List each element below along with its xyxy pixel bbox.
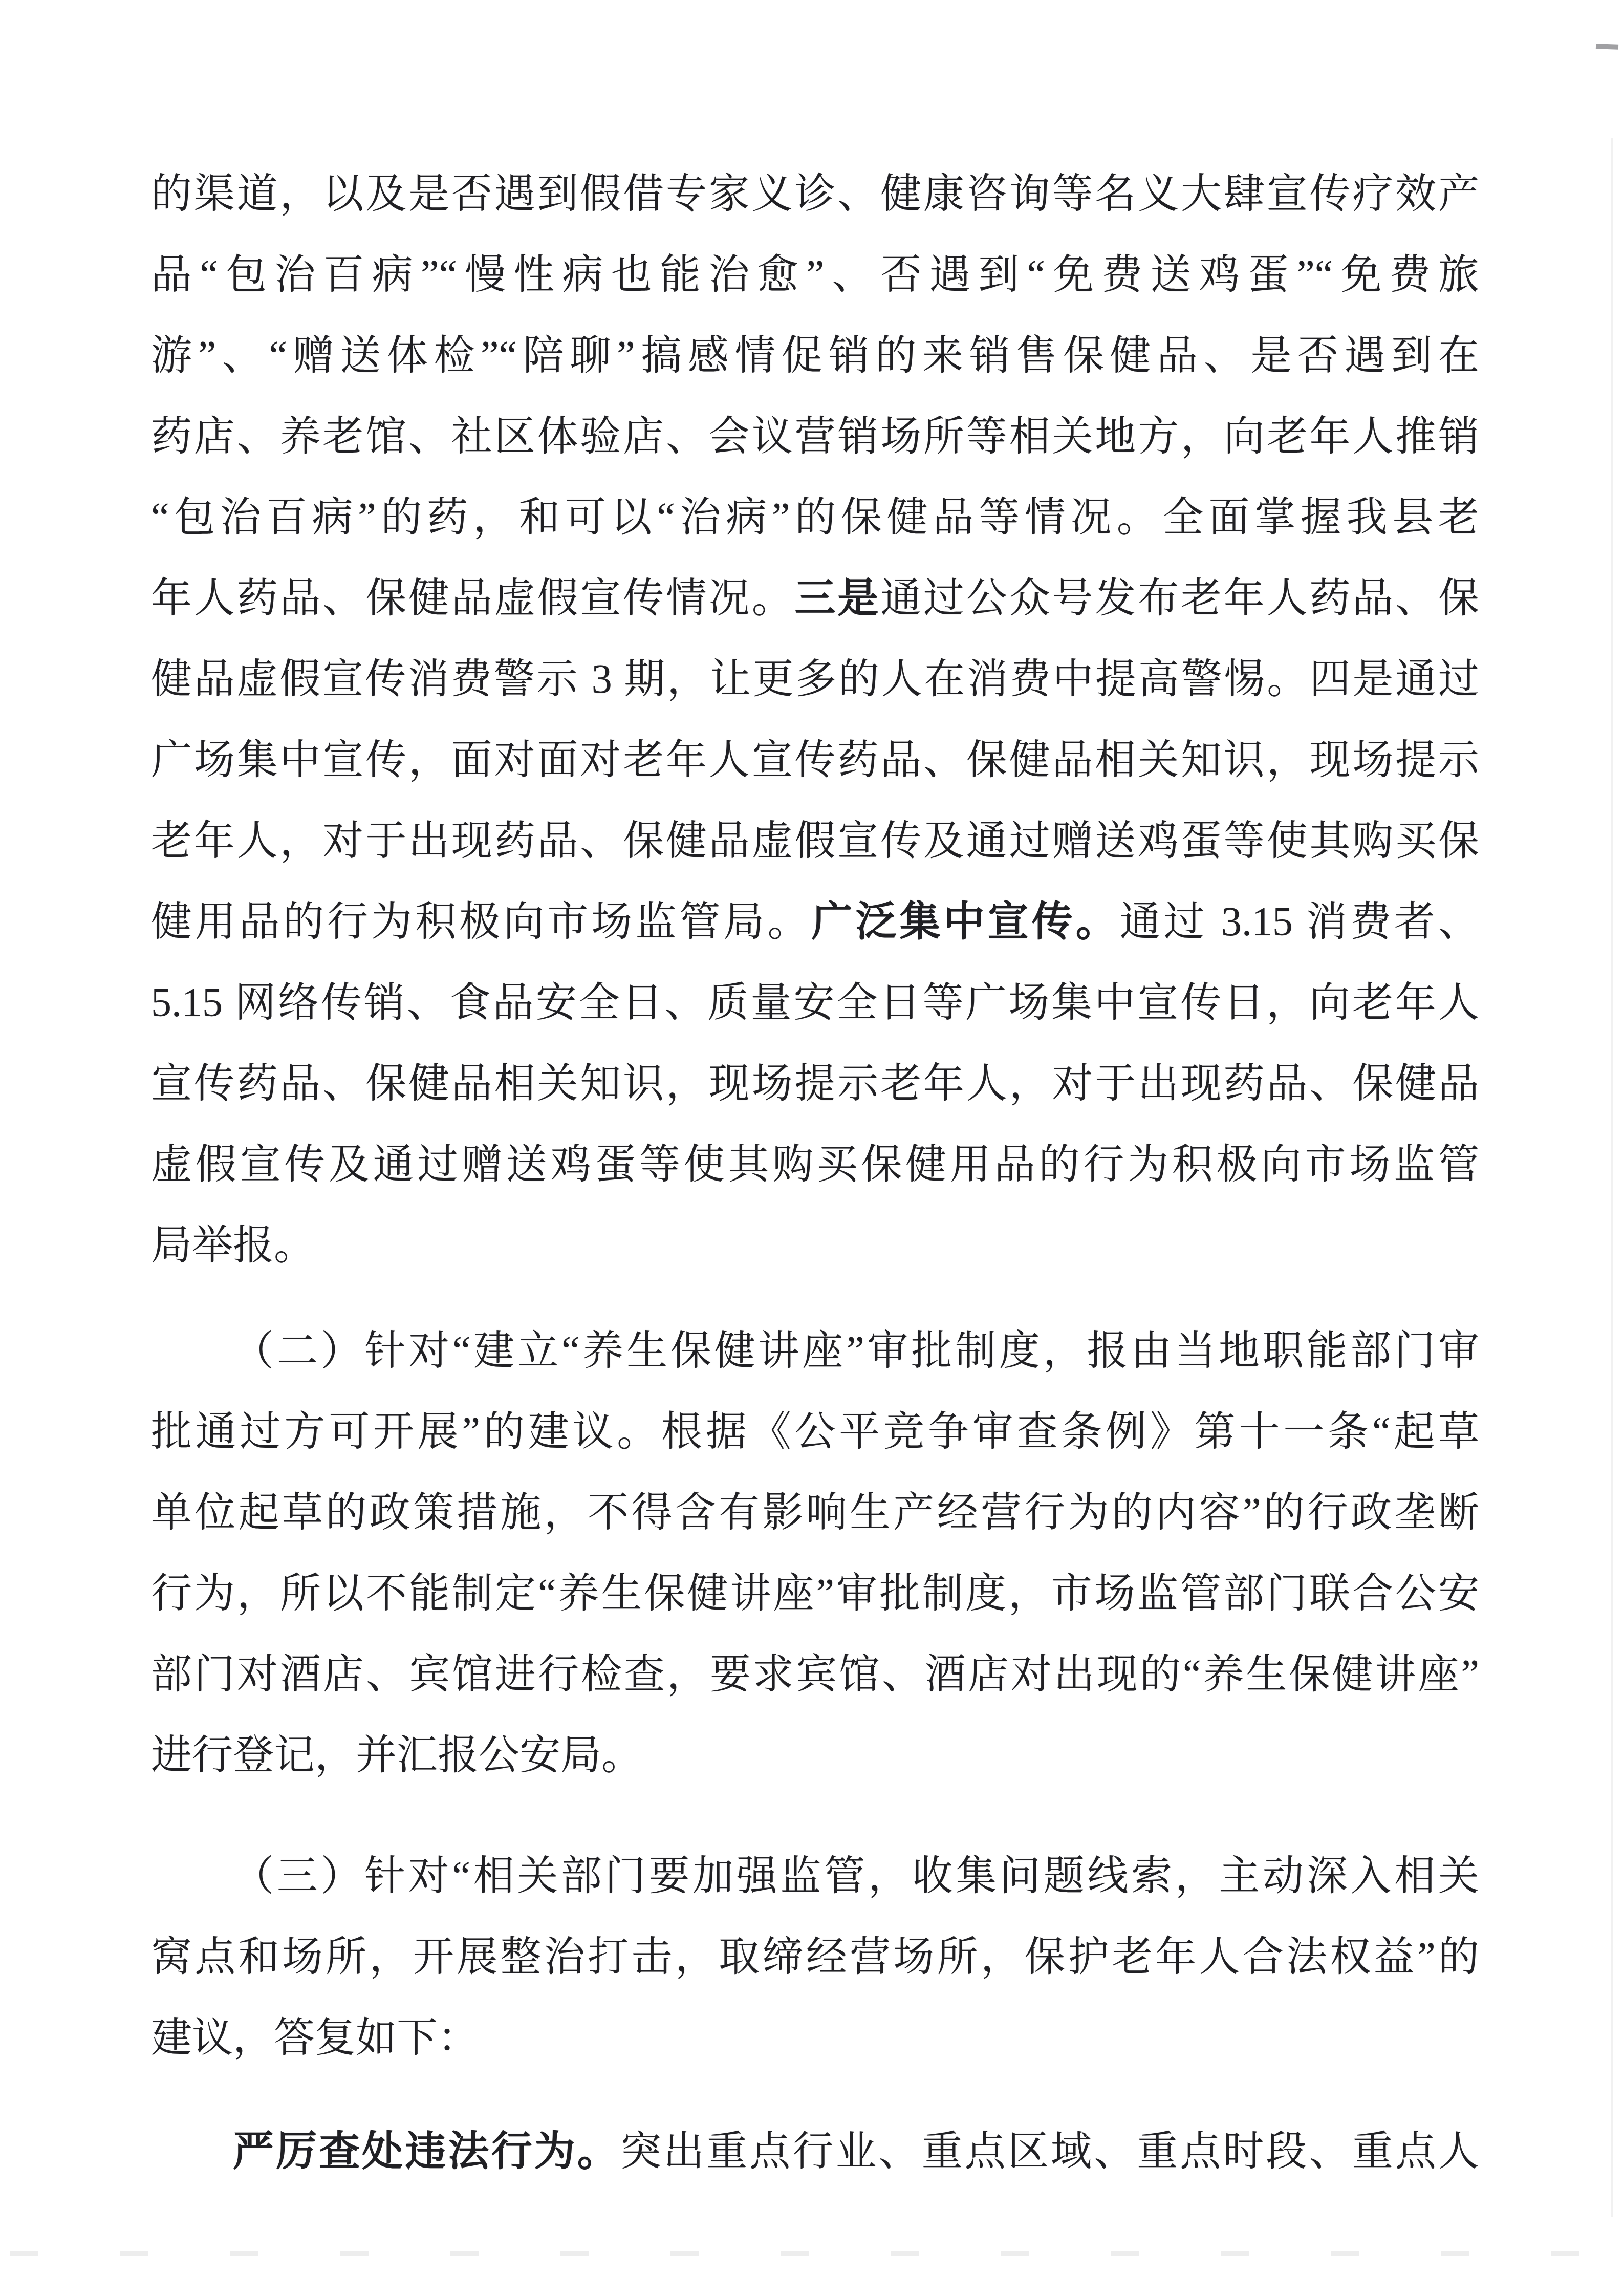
text-run: 单位起草的政策措施，不得含有影响生产经营行为的内容”的行政垄断 (151, 1490, 1479, 1535)
text-line: 健品虚假宣传消费警示 3 期，让更多的人在消费中提高警惕。四是通过 (151, 639, 1479, 720)
text-run: 健品虚假宣传消费警示 3 期，让更多的人在消费中提高警惕。四是通过 (151, 657, 1479, 702)
text-line: 局举报。 (151, 1205, 1479, 1286)
bold-emphasis: 三是 (795, 576, 881, 621)
paragraph: 严厉查处违法行为。突出重点行业、重点区域、重点时段、重点人 (151, 2111, 1479, 2192)
text-run: 广场集中宣传，面对面对老年人宣传药品、保健品相关知识，现场提示 (151, 738, 1479, 783)
document-body: 的渠道，以及是否遇到假借专家义诊、健康咨询等名义大肆宣传疗效产品“包治百病”“慢… (151, 154, 1479, 2192)
text-run: 5.15 网络传销、食品安全日、质量安全日等广场集中宣传日，向老年人 (151, 980, 1479, 1025)
bold-emphasis: 严厉查处违法行为。 (233, 2129, 620, 2174)
text-run: 窝点和场所，开展整治打击，取缔经营场所，保护老年人合法权益”的 (151, 1935, 1479, 1980)
text-line: 药店、养老馆、社区体验店、会议营销场所等相关地方，向老年人推销 (151, 396, 1479, 477)
text-run: 通过公众号发布老年人药品、保 (880, 576, 1479, 621)
text-line: 广场集中宣传，面对面对老年人宣传药品、保健品相关知识，现场提示 (151, 720, 1479, 801)
text-run: 健用品的行为积极向市场监管局。 (151, 899, 812, 945)
text-line: “包治百病”的药，和可以“治病”的保健品等情况。全面掌握我县老 (151, 477, 1479, 558)
scanned-document-page: 的渠道，以及是否遇到假借专家义诊、健康咨询等名义大肆宣传疗效产品“包治百病”“慢… (0, 0, 1624, 2296)
scan-artifact-bottom-band (10, 2251, 1587, 2256)
text-line: 建议，答复如下： (151, 1998, 1479, 2078)
text-run: “包治百病”的药，和可以“治病”的保健品等情况。全面掌握我县老 (151, 495, 1479, 540)
text-line: 老年人，对于出现药品、保健品虚假宣传及通过赠送鸡蛋等使其购买保 (151, 801, 1479, 882)
text-line: 健用品的行为积极向市场监管局。广泛集中宣传。通过 3.15 消费者、 (151, 882, 1479, 962)
text-run: （三）针对“相关部门要加强监管，收集问题线索，主动深入相关 (233, 1854, 1479, 1899)
text-run: 品“包治百病”“慢性病也能治愈”、否遇到“免费送鸡蛋”“免费旅 (151, 252, 1479, 297)
text-run: 建议，答复如下： (151, 2015, 479, 2061)
text-run: 虚假宣传及通过赠送鸡蛋等使其购买保健用品的行为积极向市场监管 (151, 1142, 1479, 1187)
text-run: 宣传药品、保健品相关知识，现场提示老年人，对于出现药品、保健品 (151, 1061, 1479, 1106)
text-run: 部门对酒店、宾馆进行检查，要求宾馆、酒店对出现的“养生保健讲座” (151, 1652, 1479, 1697)
text-run: （二）针对“建立“养生保健讲座”审批制度，报由当地职能部门审 (233, 1328, 1479, 1374)
text-line: 5.15 网络传销、食品安全日、质量安全日等广场集中宣传日，向老年人 (151, 962, 1479, 1043)
text-run: 老年人，对于出现药品、保健品虚假宣传及通过赠送鸡蛋等使其购买保 (151, 819, 1479, 864)
text-line: 宣传药品、保健品相关知识，现场提示老年人，对于出现药品、保健品 (151, 1043, 1479, 1124)
text-run: 局举报。 (151, 1223, 315, 1268)
text-line: 游”、“赠送体检”“陪聊”搞感情促销的来销售保健品、是否遇到在 (151, 315, 1479, 396)
text-line: 的渠道，以及是否遇到假借专家义诊、健康咨询等名义大肆宣传疗效产 (151, 154, 1479, 234)
text-line: 窝点和场所，开展整治打击，取缔经营场所，保护老年人合法权益”的 (151, 1917, 1479, 1998)
text-line: 行为，所以不能制定“养生保健讲座”审批制度，市场监管部门联合公安 (151, 1553, 1479, 1634)
text-line: 单位起草的政策措施，不得含有影响生产经营行为的内容”的行政垄断 (151, 1472, 1479, 1553)
text-run: 行为，所以不能制定“养生保健讲座”审批制度，市场监管部门联合公安 (151, 1571, 1479, 1616)
text-line: 进行登记，并汇报公安局。 (151, 1715, 1479, 1796)
text-line: （三）针对“相关部门要加强监管，收集问题线索，主动深入相关 (151, 1836, 1479, 1917)
text-run: 的渠道，以及是否遇到假借专家义诊、健康咨询等名义大肆宣传疗效产 (151, 171, 1479, 217)
text-line: （二）针对“建立“养生保健讲座”审批制度，报由当地职能部门审 (151, 1311, 1479, 1391)
text-line: 年人药品、保健品虚假宣传情况。三是通过公众号发布老年人药品、保 (151, 558, 1479, 639)
text-run: 游”、“赠送体检”“陪聊”搞感情促销的来销售保健品、是否遇到在 (151, 333, 1479, 378)
text-run: 通过 3.15 消费者、 (1120, 899, 1479, 945)
scan-artifact-corner-dash (1596, 44, 1618, 50)
text-run: 年人药品、保健品虚假宣传情况。 (151, 576, 795, 621)
text-run: 突出重点行业、重点区域、重点时段、重点人 (620, 2129, 1479, 2174)
paragraph: （二）针对“建立“养生保健讲座”审批制度，报由当地职能部门审批通过方可开展”的建… (151, 1311, 1479, 1796)
scan-artifact-edge-line (1611, 138, 1613, 2217)
text-line: 虚假宣传及通过赠送鸡蛋等使其购买保健用品的行为积极向市场监管 (151, 1124, 1479, 1205)
text-line: 严厉查处违法行为。突出重点行业、重点区域、重点时段、重点人 (151, 2111, 1479, 2192)
text-line: 部门对酒店、宾馆进行检查，要求宾馆、酒店对出现的“养生保健讲座” (151, 1634, 1479, 1715)
paragraph: 的渠道，以及是否遇到假借专家义诊、健康咨询等名义大肆宣传疗效产品“包治百病”“慢… (151, 154, 1479, 1286)
text-run: 药店、养老馆、社区体验店、会议营销场所等相关地方，向老年人推销 (151, 414, 1479, 459)
text-line: 批通过方可开展”的建议。根据《公平竞争审查条例》第十一条“起草 (151, 1391, 1479, 1472)
text-run: 进行登记，并汇报公安局。 (151, 1733, 642, 1778)
paragraph: （三）针对“相关部门要加强监管，收集问题线索，主动深入相关窝点和场所，开展整治打… (151, 1836, 1479, 2078)
text-line: 品“包治百病”“慢性病也能治愈”、否遇到“免费送鸡蛋”“免费旅 (151, 234, 1479, 315)
bold-emphasis: 广泛集中宣传。 (812, 899, 1120, 945)
text-run: 批通过方可开展”的建议。根据《公平竞争审查条例》第十一条“起草 (151, 1409, 1479, 1454)
